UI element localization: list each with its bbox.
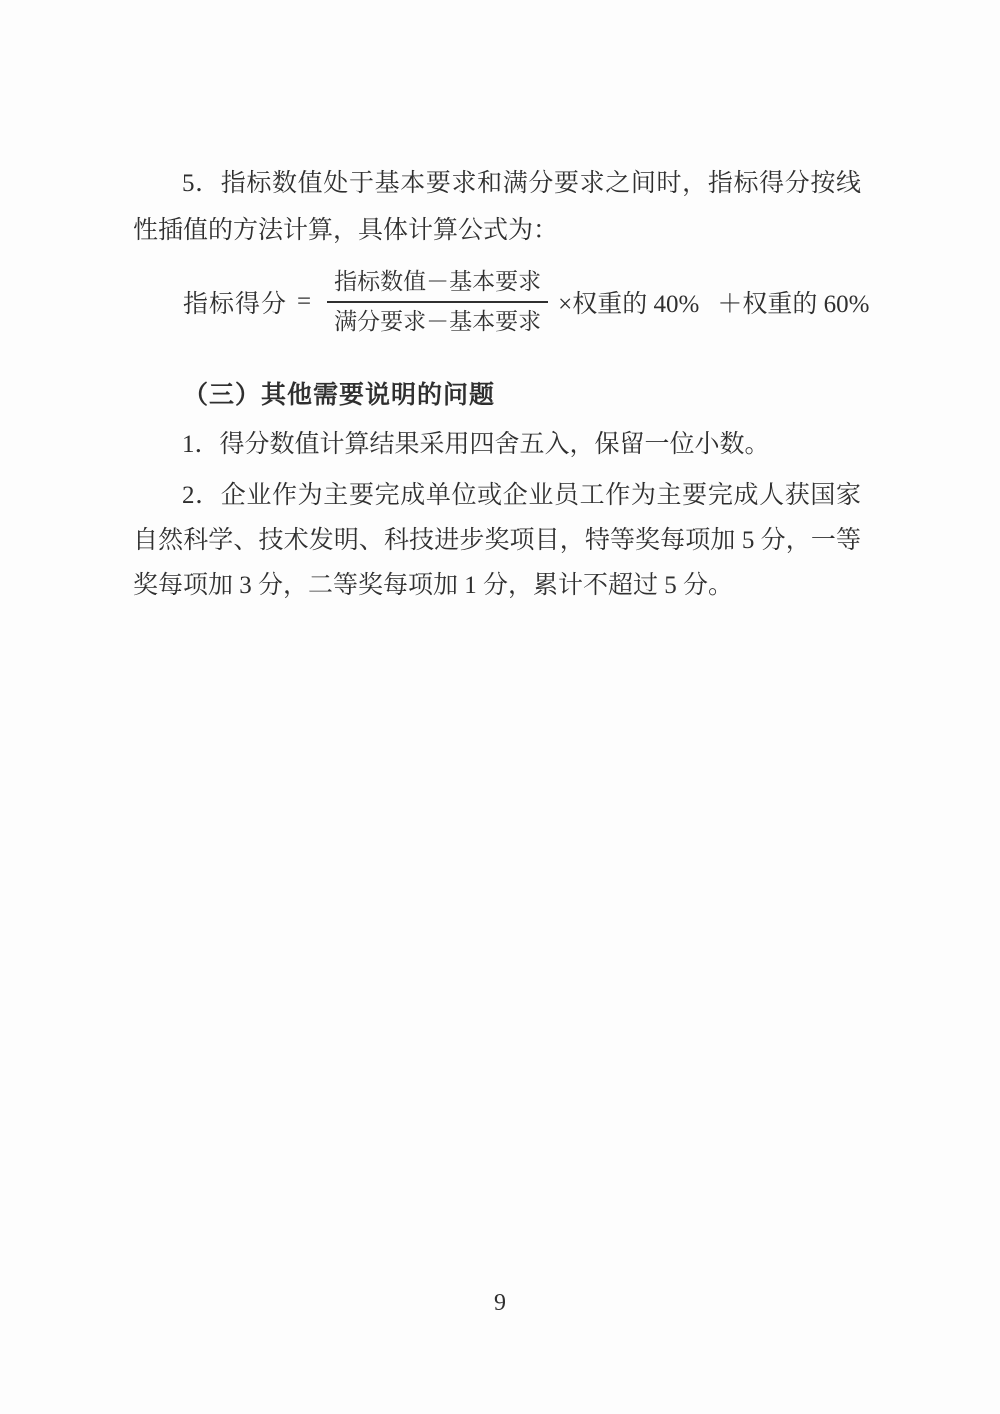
item-1-line-1: 1．得分数值计算结果采用四舍五入，保留一位小数。 <box>133 421 861 468</box>
formula-equals-sign: = <box>297 288 311 316</box>
page-number: 9 <box>0 1288 1000 1318</box>
paragraph-5-line-2: 性插值的方法计算，具体计算公式为： <box>133 207 861 254</box>
formula-denominator: 满分要求－基本要求 <box>327 303 548 340</box>
item-2-line-3: 奖每项加 3 分，二等奖每项加 1 分，累计不超过 5 分。 <box>133 563 861 608</box>
indicator-score-formula: 指标得分 = 指标数值－基本要求 满分要求－基本要求 ×权重的 40% ＋权重的… <box>183 262 883 342</box>
formula-numerator: 指标数值－基本要求 <box>327 264 548 303</box>
formula-lhs: 指标得分 <box>183 284 287 320</box>
paragraph-5-line-1: 5．指标数值处于基本要求和满分要求之间时，指标得分按线 <box>133 160 861 207</box>
item-2-line-1: 2．企业作为主要完成单位或企业员工作为主要完成人获国家 <box>133 473 861 518</box>
formula-fraction: 指标数值－基本要求 满分要求－基本要求 <box>327 264 548 340</box>
document-page: 5．指标数值处于基本要求和满分要求之间时，指标得分按线 性插值的方法计算，具体计… <box>0 0 1000 1414</box>
item-1: 1．得分数值计算结果采用四舍五入，保留一位小数。 <box>133 421 861 468</box>
item-2-line-2: 自然科学、技术发明、科技进步奖项目，特等奖每项加 5 分，一等 <box>133 518 861 563</box>
paragraph-5: 5．指标数值处于基本要求和满分要求之间时，指标得分按线 性插值的方法计算，具体计… <box>133 160 861 254</box>
formula-plus-term: ＋权重的 60% <box>717 284 869 320</box>
section-heading-3: （三）其他需要说明的问题 <box>133 372 861 419</box>
item-2: 2．企业作为主要完成单位或企业员工作为主要完成人获国家 自然科学、技术发明、科技… <box>133 473 861 608</box>
formula-times-term: ×权重的 40% <box>558 284 699 320</box>
